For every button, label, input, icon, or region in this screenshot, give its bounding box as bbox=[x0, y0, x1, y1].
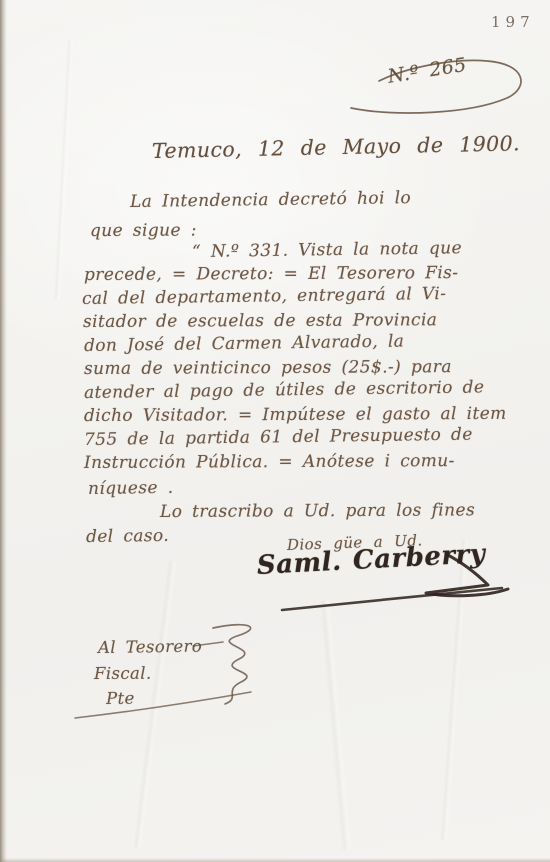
opening-line: que sigue : bbox=[90, 222, 197, 240]
body-line: precede, = Decreto: = El Tesorero Fis- bbox=[84, 265, 459, 284]
body-line: “ N.º 331. Vista la nota que bbox=[192, 240, 462, 261]
closing-line: Lo trascribo a Ud. para los fines bbox=[160, 502, 475, 521]
page-number: 197 bbox=[491, 13, 535, 31]
paper-crease bbox=[53, 40, 75, 300]
body-line: sitador de escuelas de esta Provincia bbox=[83, 312, 437, 331]
closing-line: del caso. bbox=[86, 528, 169, 546]
body-line: Instrucción Pública. = Anótese i comu- bbox=[84, 453, 455, 472]
body-line: don José del Carmen Alvarado, la bbox=[84, 334, 405, 355]
paper-left-edge bbox=[0, 0, 7, 862]
body-line: 755 de la partida 61 del Presupuesto de bbox=[84, 427, 473, 449]
rubric-flourish bbox=[65, 618, 285, 723]
body-line: suma de veinticinco pesos (25$.-) para bbox=[84, 359, 452, 378]
body-line: dicho Visitador. = Impútese el gasto al … bbox=[84, 406, 507, 425]
paper-bottom-edge bbox=[0, 858, 550, 862]
dateline: Temuco, 12 de Mayo de 1900. bbox=[152, 133, 520, 161]
body-line: cal del departamento, entregará al Vi- bbox=[82, 286, 447, 308]
body-line: atender al pago de útiles de escritorio … bbox=[84, 379, 485, 402]
scanned-document-page: 197 N.º 265 Temuco, 12 de Mayo de 1900. … bbox=[0, 0, 550, 862]
paper-crease bbox=[319, 600, 353, 850]
body-line: níquese . bbox=[88, 480, 174, 498]
opening-line: La Intendencia decretó hoi lo bbox=[130, 190, 411, 211]
